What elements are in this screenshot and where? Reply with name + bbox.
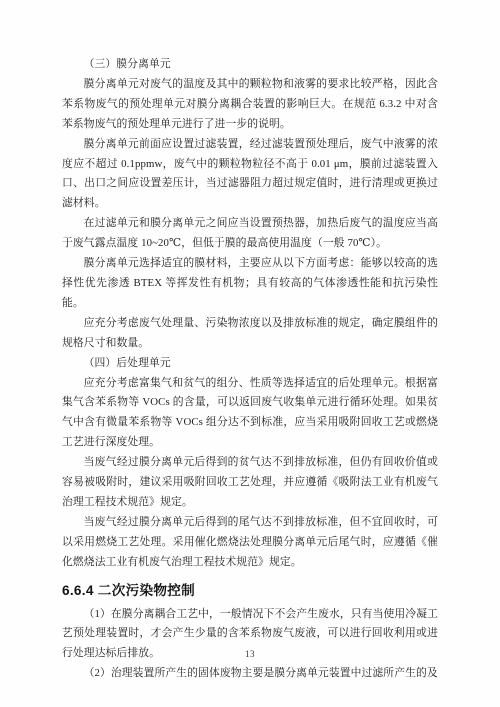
paragraph: 膜分离单元选择适宜的膜材料，主要应从以下方面考虑：能够以较高的选择性优先渗透 B… [62, 254, 438, 314]
paragraph-sub-item-4: （四）后处理单元 [62, 354, 438, 374]
paragraph-list-item-2: （2）治理装置所产生的固体废物主要是膜分离单元装置中过滤所产生的及 [62, 664, 438, 684]
paragraph-sub-item-3: （三）膜分离单元 [62, 55, 438, 75]
paragraph: 在过滤单元和膜分离单元之间应当设置预热器，加热后废气的温度应当高于废气露点温度 … [62, 214, 438, 254]
paragraph: 当废气经过膜分离单元后得到的贫气达不到排放标准，但仍有回收价值或容易被吸附时，建… [62, 453, 438, 513]
document-page: （三）膜分离单元 膜分离单元对废气的温度及其中的颗粒物和液雾的要求比较严格，因此… [0, 0, 500, 707]
paragraph: 应充分考虑废气处理量、污染物浓度以及排放标准的规定，确定膜组件的规格尺寸和数量。 [62, 314, 438, 354]
paragraph: 应充分考虑富集气和贫气的组分、性质等选择适宜的后处理单元。根据富集气含苯系物等 … [62, 374, 438, 454]
paragraph: 膜分离单元对废气的温度及其中的颗粒物和液雾的要求比较严格，因此含苯系物废气的预处… [62, 75, 438, 135]
paragraph: 膜分离单元前面应设置过滤装置，经过滤装置预处理后，废气中液雾的浓度应不超过 0.… [62, 135, 438, 215]
section-heading-6-6-4: 6.6.4 二次污染物控制 [62, 581, 438, 600]
paragraph: 当废气经过膜分离单元后得到的尾气达不到排放标准，但不宜回收时，可以采用燃烧工艺处… [62, 513, 438, 573]
page-number: 13 [0, 649, 500, 659]
